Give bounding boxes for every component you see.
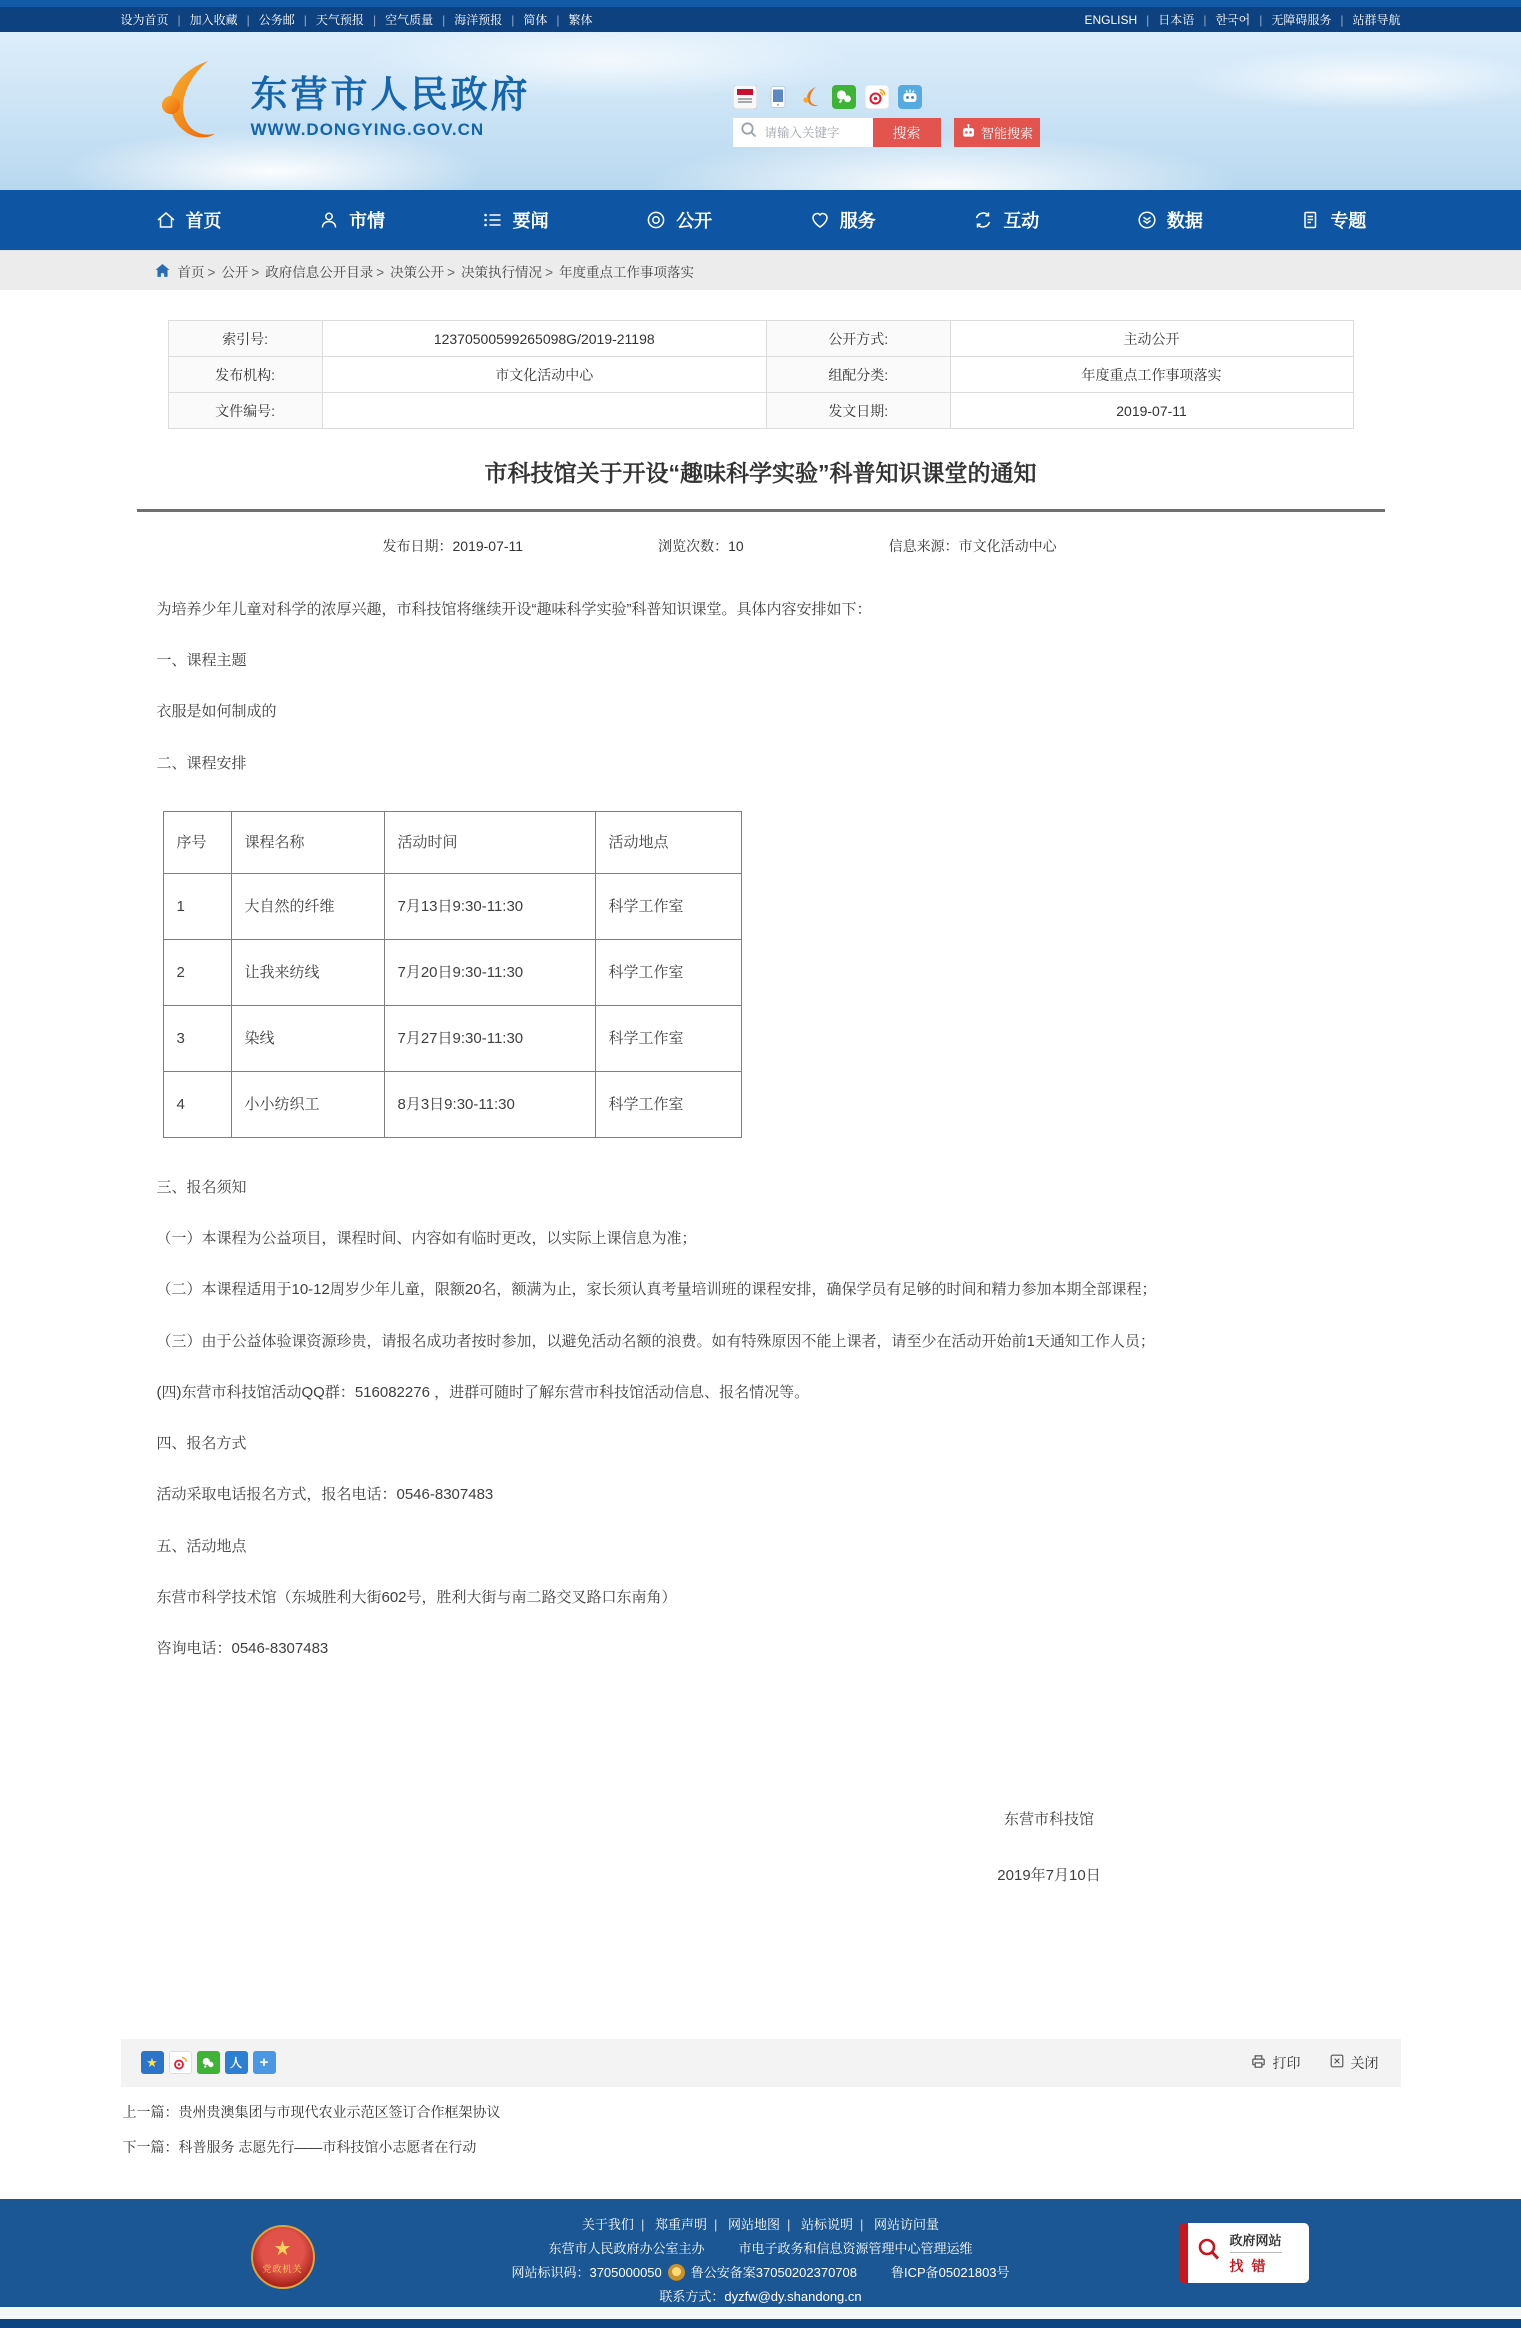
print-label: 打印 (1273, 2053, 1301, 2073)
weibo-share-icon[interactable] (169, 2051, 192, 2074)
party-gov-badge: ★ 党政机关 (251, 2225, 315, 2289)
site-code: 网站标识码：3705000050 (511, 2265, 661, 2280)
heart-icon (809, 209, 831, 231)
search-box[interactable] (733, 118, 873, 147)
topbar-link-traditional[interactable]: 繁体 (568, 11, 592, 28)
target-icon (645, 209, 667, 231)
close-label: 关闭 (1351, 2053, 1379, 2073)
article-pager: 上一篇：贵州贵澳集团与市现代农业示范区签订合作框架协议 下一篇：科普服务 志愿先… (123, 2102, 1401, 2157)
site-url: WWW.DONGYING.GOV.CN (251, 120, 531, 140)
separator: | (787, 2217, 790, 2232)
footer-link-logo-description[interactable]: 站标说明 (801, 2217, 853, 2232)
separator: | (556, 13, 559, 27)
share-more-icon[interactable]: + (253, 2051, 276, 2074)
separator: | (1259, 13, 1262, 27)
cell-time: 7月13日9:30-11:30 (384, 873, 595, 939)
footer-organizer: 东营市人民政府办公室主办 (548, 2241, 704, 2256)
cell-place: 科学工作室 (595, 873, 741, 939)
gov-site-find-error-widget[interactable]: 政府网站 找错 (1179, 2223, 1309, 2283)
table-row: 文件编号: 发文日期: 2019-07-11 (168, 393, 1353, 429)
nav-label: 公开 (676, 207, 712, 233)
content-container: 索引号: 12370500599265098G/2019-21198 公开方式:… (121, 320, 1401, 2157)
topbar-right-links: ENGLISH| 日本语| 한국어| 无障碍服务| 站群导航 (1084, 11, 1400, 28)
footer-contact-row: 联系方式：dyzfw@dy.shandong.cn (121, 2287, 1401, 2307)
paragraph: （三）由于公益体验课资源珍贵，请报名成功者按时参加，以避免活动名额的浪费。如有特… (157, 1330, 1365, 1353)
breadcrumb-item-directory[interactable]: 政府信息公开目录 (265, 261, 390, 281)
search-bar: 搜索 智能搜索 (733, 118, 1040, 147)
next-article-link[interactable]: 下一篇：科普服务 志愿先行——市科技馆小志愿者在行动 (123, 2137, 1401, 2157)
publish-date: 发布日期：2019-07-11 (383, 536, 524, 556)
person-icon (318, 209, 340, 231)
icp-number[interactable]: 鲁ICP备05021803号 (891, 2265, 1010, 2280)
footer-link-statement[interactable]: 郑重声明 (655, 2217, 707, 2232)
topbar-link-english[interactable]: ENGLISH (1084, 13, 1137, 27)
paragraph: 二、课程安排 (157, 752, 1365, 775)
table-row: 3 染线 7月27日9:30-11:30 科学工作室 (163, 1005, 741, 1071)
table-row: 索引号: 12370500599265098G/2019-21198 公开方式:… (168, 321, 1353, 357)
info-value: 市文化活动中心 (322, 357, 766, 393)
nav-item-disclosure[interactable]: 公开 (645, 207, 712, 233)
cell-name: 让我来纺线 (231, 939, 384, 1005)
topbar-link-simplified[interactable]: 简体 (523, 11, 547, 28)
paragraph: 咨询电话：0546-8307483 (157, 1637, 1365, 1660)
footer-link-sitemap[interactable]: 网站地图 (728, 2217, 780, 2232)
table-row: 1 大自然的纤维 7月13日9:30-11:30 科学工作室 (163, 873, 741, 939)
nav-label: 首页 (186, 207, 222, 233)
topbar-accent-strip (0, 0, 1521, 7)
column-header: 课程名称 (231, 811, 384, 873)
mobile-icon[interactable] (766, 85, 790, 109)
header-quick-icons (733, 84, 1040, 110)
mobile-app-icon[interactable] (898, 85, 922, 109)
cell-name: 大自然的纤维 (231, 873, 384, 939)
separator: | (178, 13, 181, 27)
table-row: 2 让我来纺线 7月20日9:30-11:30 科学工作室 (163, 939, 741, 1005)
separator: | (304, 13, 307, 27)
course-schedule-table: 序号 课程名称 活动时间 活动地点 1 大自然的纤维 7月13日9:30-11:… (163, 811, 742, 1138)
paragraph: 五、活动地点 (157, 1535, 1365, 1558)
search-button[interactable]: 搜索 (873, 118, 941, 147)
topbar-link-ocean-forecast[interactable]: 海洋预报 (454, 11, 502, 28)
cell-time: 7月20日9:30-11:30 (384, 939, 595, 1005)
separator: | (511, 13, 514, 27)
site-logo[interactable]: 东营市人民政府 WWW.DONGYING.GOV.CN (149, 58, 531, 157)
site-header-banner: 东营市人民政府 WWW.DONGYING.GOV.CN (0, 32, 1521, 190)
site-logo-mini-icon[interactable] (799, 85, 823, 109)
home-icon (155, 264, 170, 278)
print-button[interactable]: 打印 (1250, 2053, 1301, 2073)
police-badge-icon (668, 2264, 685, 2281)
separator: | (1340, 13, 1343, 27)
separator: | (1203, 13, 1206, 27)
column-header: 活动时间 (384, 811, 595, 873)
badge-label: 党政机关 (262, 2262, 302, 2275)
topbar-link-set-home[interactable]: 设为首页 (121, 11, 169, 28)
column-header: 活动地点 (595, 811, 741, 873)
paragraph: 三、报名须知 (157, 1176, 1365, 1199)
separator: | (442, 13, 445, 27)
nav-item-city-profile[interactable]: 市情 (318, 207, 385, 233)
layers-icon (1136, 209, 1158, 231)
cell-no: 4 (163, 1071, 231, 1137)
view-count: 浏览次数：10 (658, 536, 744, 556)
cell-place: 科学工作室 (595, 939, 741, 1005)
footer-bottom-bar (0, 2319, 1521, 2328)
signature-block: 东营市科技馆 2019年7月10日 (947, 1808, 1152, 1887)
share-icons: ★ 人 + (141, 2051, 276, 2074)
close-icon (1329, 2053, 1345, 2072)
contact-email: 联系方式：dyzfw@dy.shandong.cn (659, 2289, 861, 2304)
breadcrumb-item-policy[interactable]: 决策公开 (390, 261, 461, 281)
table-row: 发布机构: 市文化活动中心 组配分类: 年度重点工作事项落实 (168, 357, 1353, 393)
table-row: 4 小小纺织工 8月3日9:30-11:30 科学工作室 (163, 1071, 741, 1137)
cell-no: 3 (163, 1005, 231, 1071)
table-header-row: 序号 课程名称 活动时间 活动地点 (163, 811, 741, 873)
wechat-icon[interactable] (832, 85, 856, 109)
home-icon (155, 209, 177, 231)
breadcrumb-item-execution[interactable]: 决策执行情况 (461, 261, 559, 281)
cell-no: 1 (163, 873, 231, 939)
police-record[interactable]: 鲁公安备案37050202370708 (691, 2265, 857, 2280)
info-value: 12370500599265098G/2019-21198 (322, 321, 766, 357)
separator: | (373, 13, 376, 27)
separator: | (860, 2217, 863, 2232)
nav-label: 服务 (840, 207, 876, 233)
info-label: 组配分类: (766, 357, 950, 393)
title-divider (137, 509, 1385, 512)
cell-name: 染线 (231, 1005, 384, 1071)
info-value: 2019-07-11 (950, 393, 1353, 429)
find-error-title: 政府网站 (1230, 2230, 1282, 2253)
topbar-link-japanese[interactable]: 日本语 (1158, 11, 1194, 28)
cell-no: 2 (163, 939, 231, 1005)
info-label: 发布机构: (168, 357, 322, 393)
nav-label: 要闻 (513, 207, 549, 233)
topbar-link-air-quality[interactable]: 空气质量 (385, 11, 433, 28)
info-label: 文件编号: (168, 393, 322, 429)
robot-icon (960, 123, 977, 143)
page-title: 市科技馆关于开设“趣味科学实验”科普知识课堂的通知 (161, 459, 1361, 489)
document-icon (1299, 209, 1321, 231)
cell-time: 8月3日9:30-11:30 (384, 1071, 595, 1137)
info-label: 发文日期: (766, 393, 950, 429)
printer-icon (1250, 2053, 1267, 2073)
topbar-link-korean[interactable]: 한국어 (1215, 11, 1250, 28)
top-utility-bar: 设为首页| 加入收藏| 公务邮| 天气预报| 空气质量| 海洋预报| 简体| 繁… (0, 7, 1521, 32)
gov-client-icon[interactable] (733, 85, 757, 109)
nav-label: 市情 (349, 207, 385, 233)
site-name: 东营市人民政府 (251, 75, 531, 116)
prev-article-link[interactable]: 上一篇：贵州贵澳集团与市现代农业示范区签订合作框架协议 (123, 2102, 1401, 2122)
site-footer: ★ 党政机关 关于我们| 郑重声明| 网站地图| 站标说明| 网站访问量 东营市… (0, 2199, 1521, 2307)
info-label: 公开方式: (766, 321, 950, 357)
topbar-link-gov-mail[interactable]: 公务邮 (259, 11, 295, 28)
weibo-icon[interactable] (865, 85, 889, 109)
breadcrumb-item-current: 年度重点工作事项落实 (559, 261, 694, 281)
paragraph: 四、报名方式 (157, 1432, 1365, 1455)
cell-time: 7月27日9:30-11:30 (384, 1005, 595, 1071)
find-error-label: 找错 (1230, 2253, 1282, 2276)
main-navigation: 首页 市情 要闻 公开 服务 互动 数据 专题 (0, 190, 1521, 250)
separator: | (1146, 13, 1149, 27)
paragraph: （一）本课程为公益项目，课程时间、内容如有临时更改，以实际上课信息为准； (157, 1227, 1365, 1250)
renren-share-icon[interactable]: 人 (225, 2051, 248, 2074)
info-value (322, 393, 766, 429)
share-action-bar: ★ 人 + 打印 关闭 (121, 2039, 1401, 2087)
article-meta: 发布日期：2019-07-11 浏览次数：10 信息来源：市文化活动中心 (121, 536, 1401, 556)
paragraph: 活动采取电话报名方式，报名电话：0546-8307483 (157, 1483, 1365, 1506)
magnifier-icon (1194, 2235, 1224, 2270)
nav-label: 数据 (1167, 207, 1203, 233)
nav-item-interaction[interactable]: 互动 (972, 207, 1039, 233)
cell-place: 科学工作室 (595, 1005, 741, 1071)
breadcrumb-bar: 首页 公开 政府信息公开目录 决策公开 决策执行情况 年度重点工作事项落实 (0, 250, 1521, 290)
close-button[interactable]: 关闭 (1329, 2053, 1379, 2073)
breadcrumb-item-home[interactable]: 首页 (178, 261, 222, 281)
footer-link-visits[interactable]: 网站访问量 (874, 2217, 939, 2232)
breadcrumb: 首页 公开 政府信息公开目录 决策公开 决策执行情况 年度重点工作事项落实 (121, 251, 1401, 290)
search-input[interactable] (763, 125, 868, 141)
info-value: 主动公开 (950, 321, 1353, 357)
topbar-link-favorite[interactable]: 加入收藏 (190, 11, 238, 28)
signature-name: 东营市科技馆 (947, 1808, 1152, 1831)
separator: | (247, 13, 250, 27)
list-icon (482, 209, 504, 231)
nav-label: 专题 (1330, 207, 1366, 233)
wechat-share-icon[interactable] (197, 2051, 220, 2074)
smart-search-button[interactable]: 智能搜索 (954, 118, 1040, 147)
paragraph: 东营市科学技术馆（东城胜利大街602号，胜利大街与南二路交叉路口东南角） (157, 1586, 1365, 1609)
info-label: 索引号: (168, 321, 322, 357)
nav-item-services[interactable]: 服务 (809, 207, 876, 233)
topbar-link-weather[interactable]: 天气预报 (316, 11, 364, 28)
breadcrumb-item-disclosure[interactable]: 公开 (221, 261, 265, 281)
topbar-link-site-navigation[interactable]: 站群导航 (1352, 11, 1400, 28)
footer-operator: 市电子政务和信息资源管理中心管理运维 (739, 2241, 973, 2256)
nav-item-topics[interactable]: 专题 (1299, 207, 1366, 233)
signature-date: 2019年7月10日 (947, 1864, 1152, 1887)
paragraph: 一、课程主题 (157, 649, 1365, 672)
document-info-table: 索引号: 12370500599265098G/2019-21198 公开方式:… (168, 320, 1354, 429)
paragraph: （二）本课程适用于10-12周岁少年儿童，限额20名，额满为止，家长须认真考量培… (157, 1278, 1365, 1301)
footer-link-about[interactable]: 关于我们 (582, 2217, 634, 2232)
article-body: 为培养少年儿童对科学的浓厚兴趣，市科技馆将继续开设“趣味科学实验”科普知识课堂。… (121, 562, 1401, 1887)
separator: | (641, 2217, 644, 2232)
topbar-left-links: 设为首页| 加入收藏| 公务邮| 天气预报| 空气质量| 海洋预报| 简体| 繁… (121, 11, 593, 28)
logo-swoosh-icon (149, 58, 237, 157)
sync-arrows-icon (972, 209, 994, 231)
paragraph: 为培养少年儿童对科学的浓厚兴趣，市科技馆将继续开设“趣味科学实验”科普知识课堂。… (157, 598, 1365, 621)
paragraph: 衣服是如何制成的 (157, 700, 1365, 723)
nav-item-data[interactable]: 数据 (1136, 207, 1203, 233)
qzone-share-icon[interactable]: ★ (141, 2051, 164, 2074)
topbar-link-accessibility[interactable]: 无障碍服务 (1271, 11, 1331, 28)
search-icon (740, 121, 758, 144)
info-value: 年度重点工作事项落实 (950, 357, 1353, 393)
separator: | (714, 2217, 717, 2232)
info-source: 信息来源：市文化活动中心 (889, 536, 1057, 556)
nav-label: 互动 (1003, 207, 1039, 233)
cell-name: 小小纺织工 (231, 1071, 384, 1137)
column-header: 序号 (163, 811, 231, 873)
nav-item-news[interactable]: 要闻 (482, 207, 549, 233)
smart-search-label: 智能搜索 (981, 123, 1033, 142)
paragraph: (四)东营市科技馆活动QQ群：516082276 ，进群可随时了解东营市科技馆活… (157, 1381, 1365, 1404)
nav-item-home[interactable]: 首页 (155, 207, 222, 233)
star-icon: ★ (274, 2239, 292, 2259)
cell-place: 科学工作室 (595, 1071, 741, 1137)
